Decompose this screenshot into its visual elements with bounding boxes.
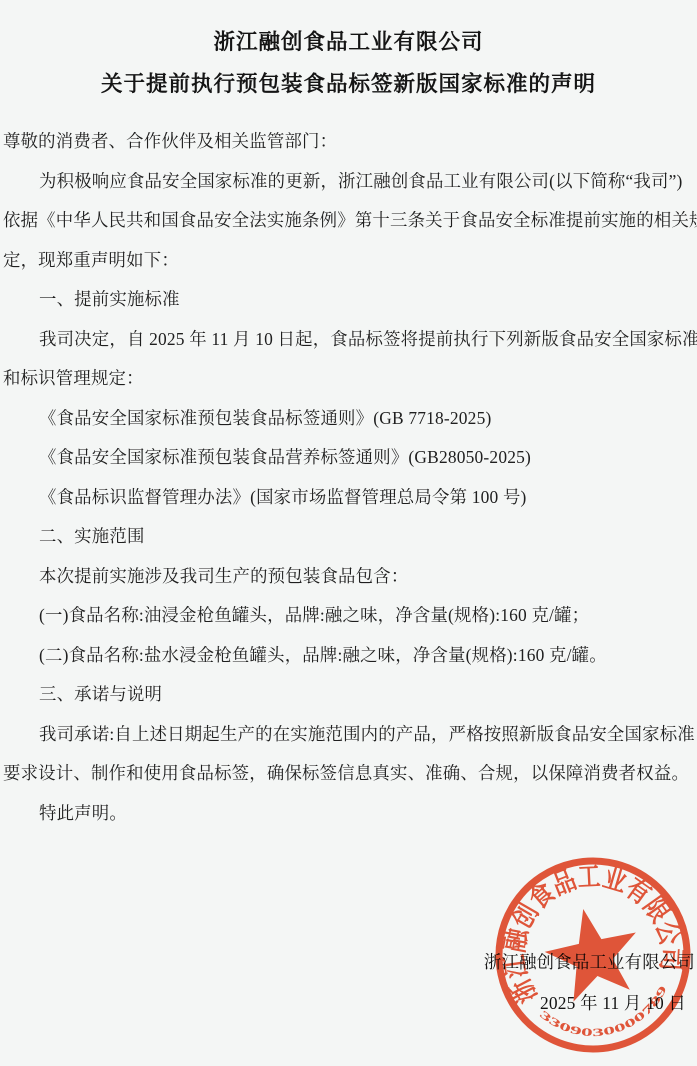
doc-line: 要求设计、制作和使用食品标签，确保标签信息真实、准确、合规，以保障消费者权益。 [3,754,695,794]
document-subtitle: 关于提前执行预包装食品标签新版国家标准的声明 [0,63,697,105]
doc-line-section-1: 一、提前实施标准 [3,280,695,320]
doc-line: 我司承诺:自上述日期起生产的在实施范围内的产品，严格按照新版食品安全国家标准 [3,715,695,755]
doc-line: 依据《中华人民共和国食品安全法实施条例》第十三条关于食品安全标准提前实施的相关规 [3,201,695,241]
doc-line-standard-3: 《食品标识监督管理办法》(国家市场监督管理总局令第 100 号) [3,478,695,518]
document-title: 浙江融创食品工业有限公司 [0,21,697,63]
doc-line-product-1: (一)食品名称:油浸金枪鱼罐头，品牌:融之味，净含量(规格):160 克/罐； [3,596,695,636]
doc-line: 为积极响应食品安全国家标准的更新，浙江融创食品工业有限公司(以下简称“我司”) [3,162,695,202]
doc-line: 和标识管理规定： [3,359,695,399]
doc-line-product-2: (二)食品名称:盐水浸金枪鱼罐头，品牌:融之味，净含量(规格):160 克/罐。 [3,636,695,676]
doc-line-section-3: 三、承诺与说明 [3,675,695,715]
doc-line-section-2: 二、实施范围 [3,517,695,557]
document-body: 尊敬的消费者、合作伙伴及相关监管部门： 为积极响应食品安全国家标准的更新，浙江融… [0,122,697,833]
document-page: 浙江融创食品工业有限公司 关于提前执行预包装食品标签新版国家标准的声明 尊敬的消… [0,0,697,1066]
doc-line: 定，现郑重声明如下： [3,241,695,281]
signature-date: 2025 年 11 月 10 日 [484,983,695,1024]
doc-line-standard-2: 《食品安全国家标准预包装食品营养标签通则》(GB28050-2025) [3,438,695,478]
doc-line: 我司决定，自 2025 年 11 月 10 日起，食品标签将提前执行下列新版食品… [3,320,695,360]
doc-line: 本次提前实施涉及我司生产的预包装食品包含： [3,557,695,597]
doc-line-standard-1: 《食品安全国家标准预包装食品标签通则》(GB 7718-2025) [3,399,695,439]
signature-block: 浙江融创食品工业有限公司 2025 年 11 月 10 日 [484,942,695,1024]
document-header: 浙江融创食品工业有限公司 关于提前执行预包装食品标签新版国家标准的声明 [0,0,697,105]
doc-line-salutation: 尊敬的消费者、合作伙伴及相关监管部门： [3,122,695,162]
doc-line-closing: 特此声明。 [3,794,695,834]
signature-company: 浙江融创食品工业有限公司 [484,942,695,983]
